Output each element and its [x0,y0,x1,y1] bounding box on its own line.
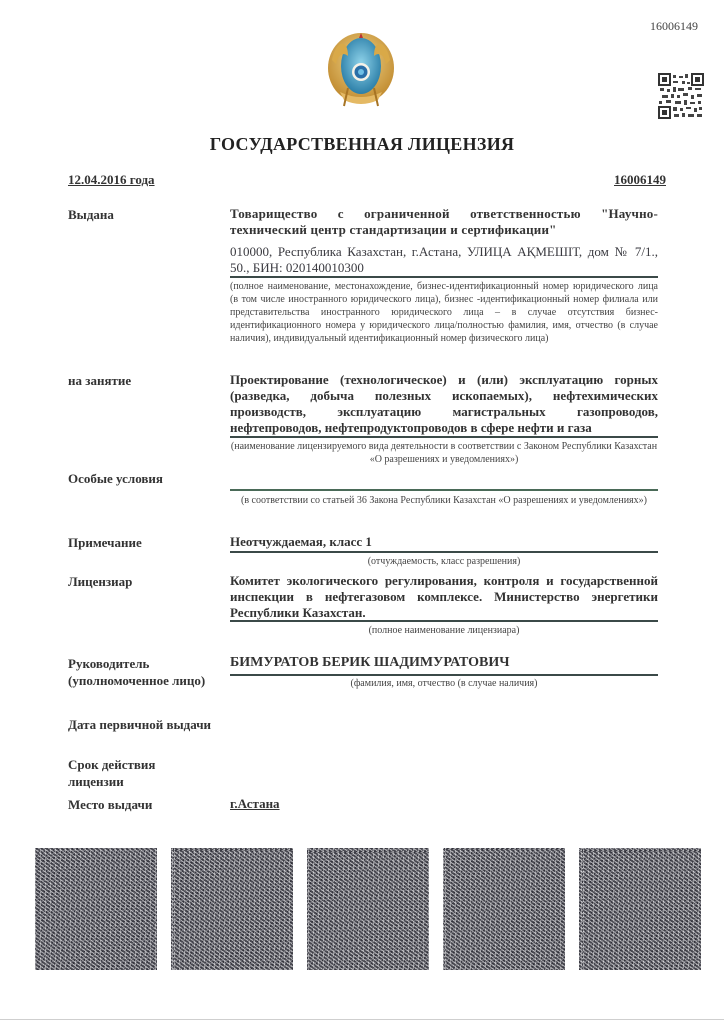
2d-barcode-icon [307,848,429,970]
divider [230,489,658,491]
note-caption: (отчуждаемость, класс разрешения) [230,555,658,568]
validity-label-line1: Срок действия [68,756,155,773]
special-conditions-caption: (в соответствии со статьей 36 Закона Рес… [230,494,658,507]
licensor-caption: (полное наименование лицензиара) [230,624,658,637]
divider [230,436,658,438]
place-label: Место выдачи [68,796,152,813]
note-label: Примечание [68,534,142,551]
note-value: Неотчуждаемая, класс 1 [230,534,658,550]
qr-code-icon [658,73,704,119]
validity-label: Срок действия лицензии [68,756,155,790]
2d-barcode-icon [35,848,157,970]
issued-to-caption: (полное наименование, местонахождение, б… [230,280,658,345]
divider [230,551,658,553]
license-number: 16006149 [614,172,666,188]
activity-caption: (наименование лицензируемого вида деятел… [230,440,658,466]
special-conditions-label: Особые условия [68,470,163,487]
issued-to-label: Выдана [68,206,114,223]
divider [230,620,658,622]
first-issue-date-label: Дата первичной выдачи [68,716,211,733]
document-title: ГОСУДАРСТВЕННАЯ ЛИЦЕНЗИЯ [0,134,724,155]
head-label-line2: (уполномоченное лицо) [68,672,205,689]
activity-label: на занятие [68,372,131,389]
state-emblem-icon [326,30,396,108]
licensee-address: 010000, Республика Казахстан, г.Астана, … [230,244,658,276]
issue-date: 12.04.2016 года [68,172,155,188]
divider [230,674,658,676]
document-id-top: 16006149 [650,19,698,34]
divider [230,276,658,278]
2d-barcode-icon [443,848,565,970]
licensor-value: Комитет экологического регулирования, ко… [230,573,658,621]
2d-barcode-icon [171,848,293,970]
place-value: г.Астана [230,796,280,812]
barcode-strip [35,848,701,970]
validity-label-line2: лицензии [68,773,155,790]
head-label: Руководитель (уполномоченное лицо) [68,655,205,689]
page-edge-line [0,1019,724,1020]
head-name: БИМУРАТОВ БЕРИК ШАДИМУРАТОВИЧ [230,655,658,671]
licensee-name: Товарищество с ограниченной ответственно… [230,206,658,238]
licensor-label: Лицензиар [68,573,132,590]
head-caption: (фамилия, имя, отчество (в случае наличи… [230,677,658,690]
activity-value: Проектирование (технологическое) и (или)… [230,372,658,436]
2d-barcode-icon [579,848,701,970]
head-label-line1: Руководитель [68,655,205,672]
